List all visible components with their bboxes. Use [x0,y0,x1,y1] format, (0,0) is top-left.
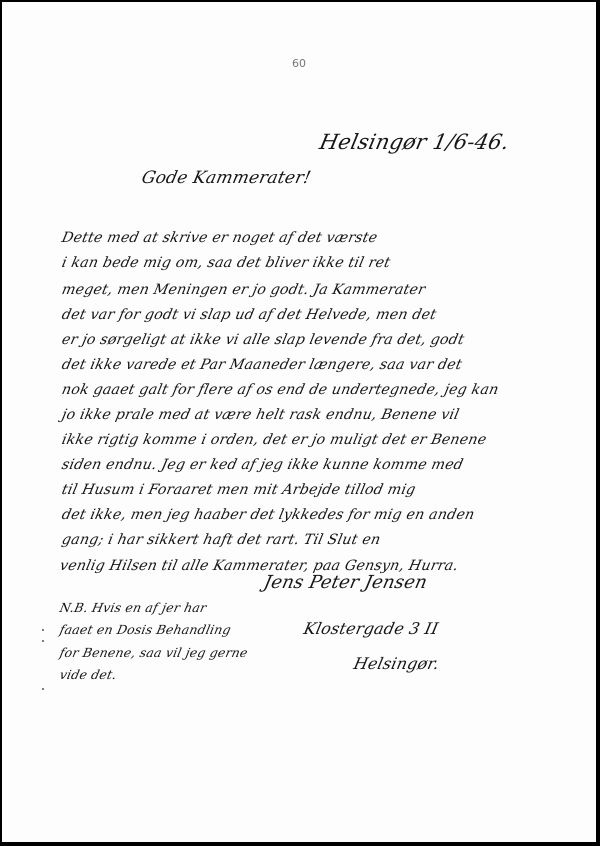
signature-name: Jens Peter Jensen [262,572,429,593]
body-line: ikke rigtig komme i orden, det er jo mul… [60,432,488,448]
body-line: siden endnu. Jeg er ked af jeg ikke kunn… [60,457,464,473]
punch-mark [42,640,44,642]
salutation: Gode Kammerater! [140,168,313,188]
dateline: Helsingør 1/6-46. [317,130,511,154]
body-line: er jo sørgeligt at ikke vi alle slap lev… [60,332,465,348]
note-line: vide det. [58,667,118,682]
punch-mark [42,629,44,631]
body-line: til Husum i Foraaret men mit Arbejde til… [60,482,417,498]
punch-mark [42,688,44,690]
note-line: faaet en Dosis Behandling [58,622,232,637]
body-line: Dette med at skrive er noget af det værs… [60,230,379,246]
letter-page: 60 Helsingør 1/6-46. Gode Kammerater! De… [2,2,596,842]
note-line: for Benene, saa vil jeg gerne [58,645,249,660]
body-line: meget, men Meningen er jo godt. Ja Kamme… [60,282,427,298]
body-line: det var for godt vi slap ud af det Helve… [60,307,438,323]
signature-city: Helsingør. [352,654,441,673]
body-line: det ikke, men jeg haaber det lykkedes fo… [60,507,476,523]
body-line: gang; i har sikkert haft det rart. Til S… [60,532,382,548]
body-line: i kan bede mig om, saa det bliver ikke t… [60,255,391,271]
signature-address: Klostergade 3 II [302,619,440,638]
body-line: nok gaaet galt for flere af os end de un… [60,382,500,398]
note-line: N.B. Hvis en af jer har [58,600,208,615]
body-line: det ikke varede et Par Maaneder længere,… [60,357,463,373]
body-line: jo ikke prale med at være helt rask endn… [60,407,460,423]
page-number: 60 [2,57,596,70]
